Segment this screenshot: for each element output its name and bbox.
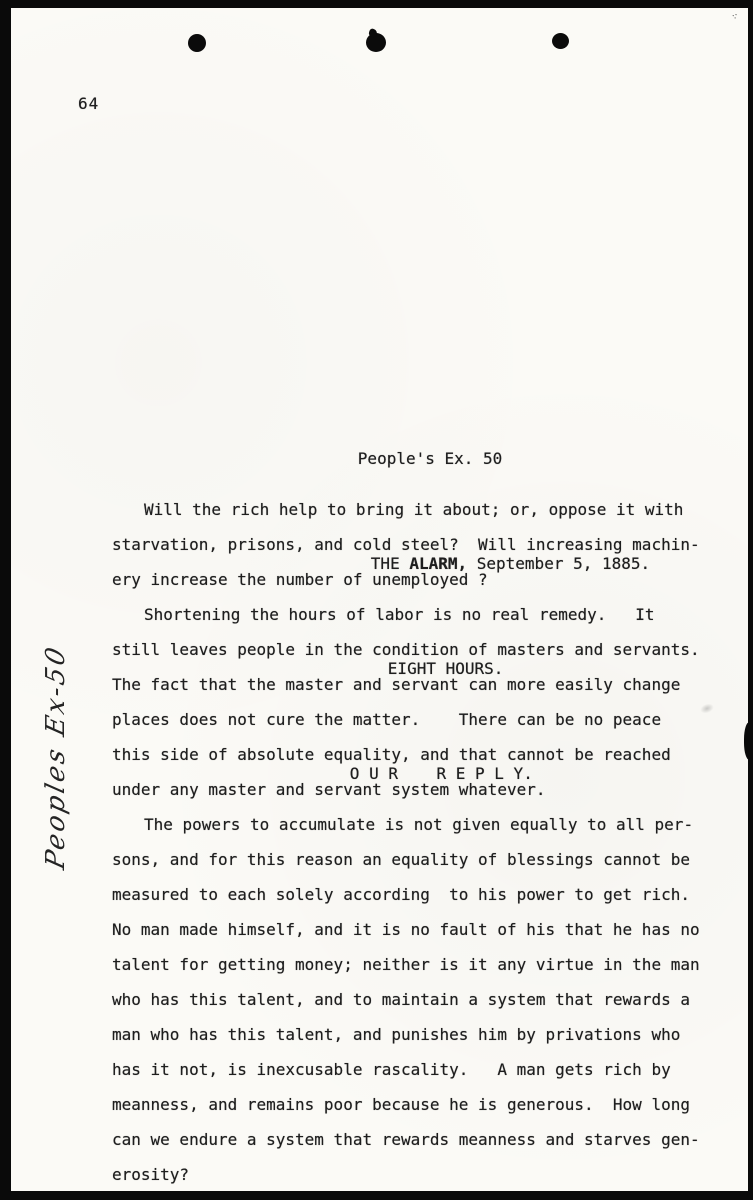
exhibit-number-text: People's Ex. 50 [358, 449, 503, 468]
typed-line: still leaves people in the condition of … [112, 632, 733, 667]
typed-line: Will the rich help to bring it about; or… [112, 492, 733, 527]
typed-line: this side of absolute equality, and that… [112, 737, 733, 772]
typed-line: sons, and for this reason an equality of… [112, 842, 733, 877]
typed-line: talent for getting money; neither is it … [112, 947, 733, 982]
hole-punch-mark [552, 33, 569, 49]
scanned-document-page: 64 Peoples Ex-50 People's Ex. 50 THE ALA… [0, 0, 753, 1200]
typed-line: man who has this talent, and punishes hi… [112, 1017, 733, 1052]
typed-body-text: Will the rich help to bring it about; or… [112, 492, 733, 1192]
typed-line: The powers to accumulate is not given eq… [112, 807, 733, 842]
typed-line: No man made himself, and it is no fault … [112, 912, 733, 947]
exhibit-number-line: People's Ex. 50 [300, 406, 650, 441]
hole-punch-mark [188, 34, 206, 52]
hole-punch-mark [366, 33, 386, 52]
typed-line: starvation, prisons, and cold steel? Wil… [112, 527, 733, 562]
typed-line: ery increase the number of unemployed ? [112, 562, 733, 597]
typed-line: places does not cure the matter. There c… [112, 702, 733, 737]
page-number: 64 [78, 86, 99, 121]
typed-line: can we endure a system that rewards mean… [112, 1122, 733, 1157]
typed-line: erosity? [112, 1157, 733, 1192]
typed-line: The fact that the master and servant can… [112, 667, 733, 702]
ink-blot-mark [744, 722, 753, 760]
typed-line: who has this talent, and to maintain a s… [112, 982, 733, 1017]
typed-line: has it not, is inexcusable rascality. A … [112, 1052, 733, 1087]
typed-line: measured to each solely according to his… [112, 877, 733, 912]
typed-line: meanness, and remains poor because he is… [112, 1087, 733, 1122]
typed-line: Shortening the hours of labor is no real… [112, 597, 733, 632]
typed-line: under any master and servant system what… [112, 772, 733, 807]
